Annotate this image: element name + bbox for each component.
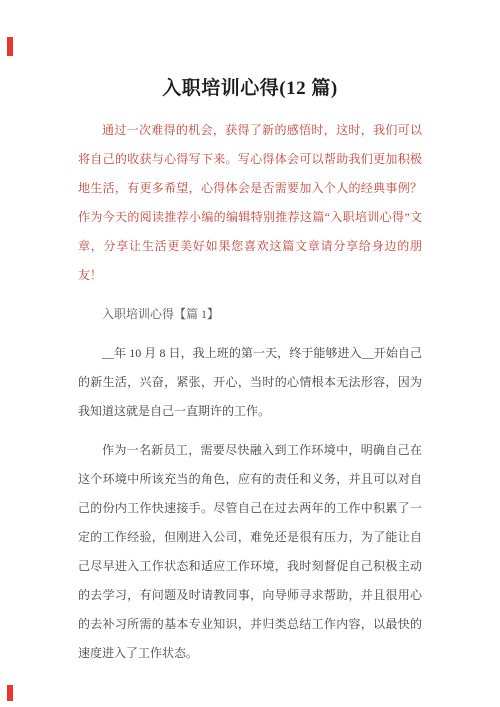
- document-title: 入职培训心得(12 篇): [78, 75, 422, 102]
- page-bottom-accent-mark: [7, 685, 13, 701]
- document-page: 入职培训心得(12 篇) 通过一次难得的机会，获得了新的感悟时，这时，我们可以将…: [0, 0, 500, 707]
- body-paragraph-2: 作为一名新员工，需要尽快融入到工作环境中，明确自己在这个环境中所该充当的角色，应…: [78, 436, 422, 668]
- intro-paragraph: 通过一次难得的机会，获得了新的感悟时，这时，我们可以将自己的收获与心得写下来。写…: [78, 116, 422, 290]
- section-heading: 入职培训心得【篇 1】: [78, 300, 422, 329]
- body-paragraph-1: __年 10 月 8 日，我上班的第一天，终于能够进入__开始自己的新生活，兴奋…: [78, 339, 422, 426]
- page-top-accent-mark: [7, 37, 13, 56]
